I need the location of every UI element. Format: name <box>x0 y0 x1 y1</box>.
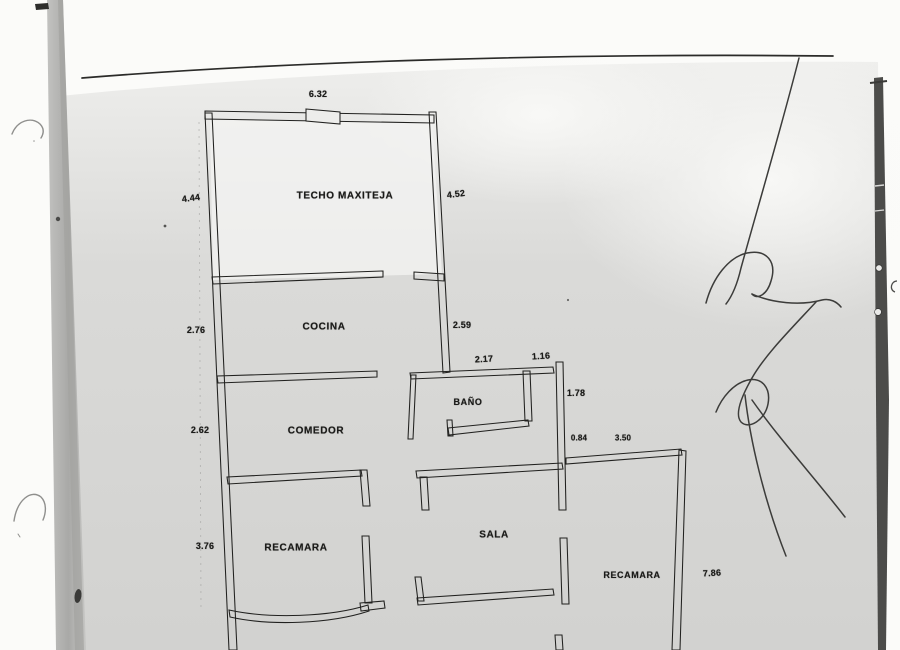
hole-punch-bottom-icon <box>14 494 45 537</box>
scanned-floor-plan-page: 6.32 TECHO MAXITEJA 4.44 4.52 2.76 COCIN… <box>0 0 900 650</box>
paper-background <box>60 25 900 650</box>
floor-plan-drawing <box>0 0 900 650</box>
hole-punch-top-icon <box>12 120 43 142</box>
window-notch <box>306 109 340 124</box>
